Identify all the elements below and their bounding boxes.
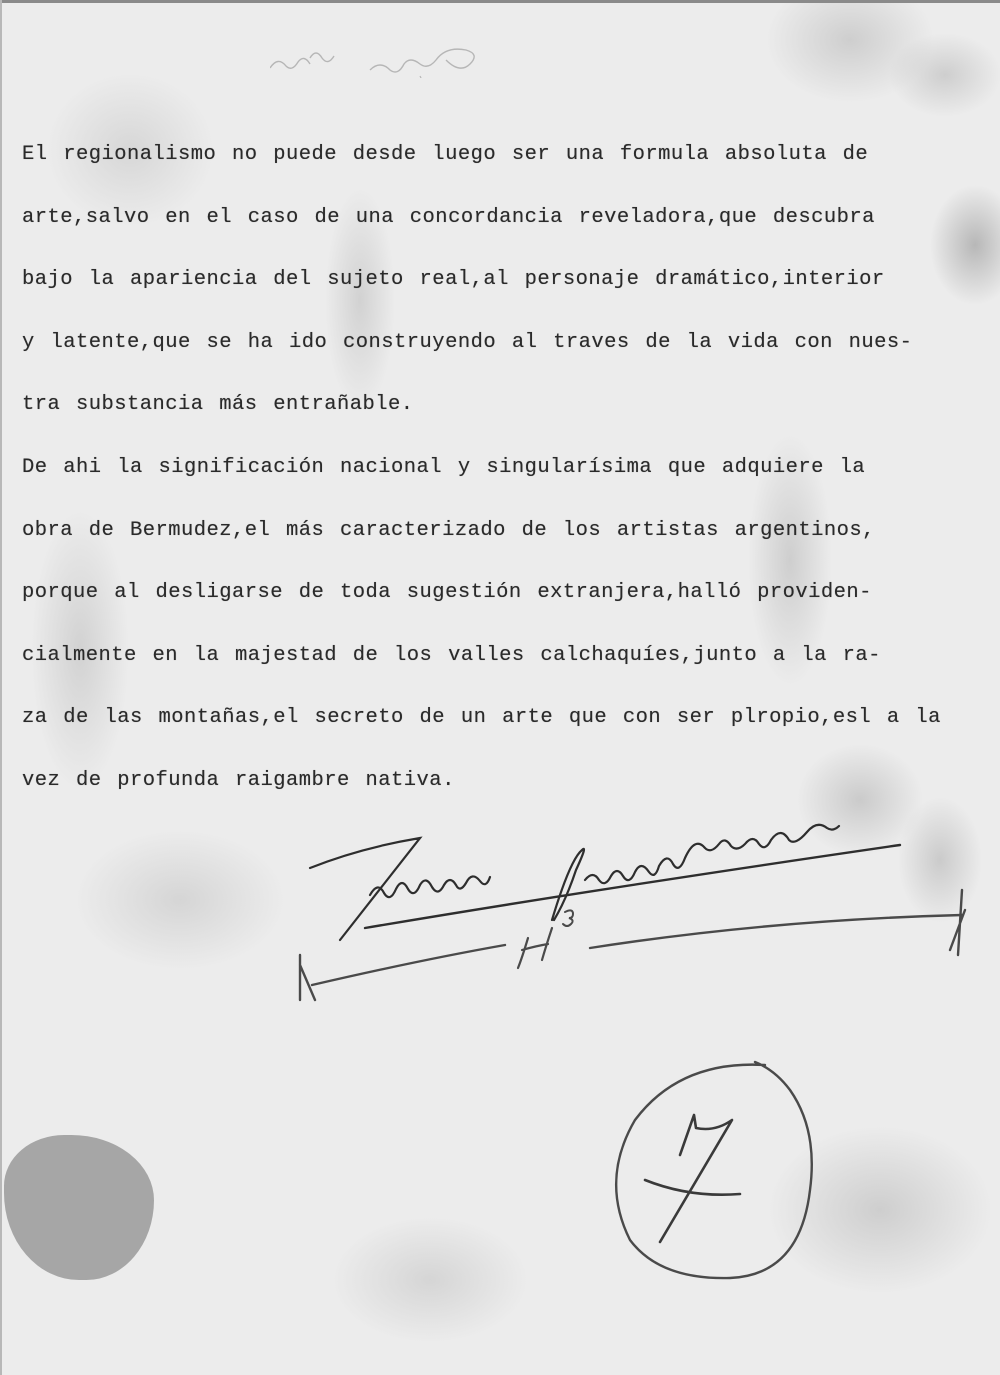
page-left-edge [0,0,2,1375]
text-line: tra substancia más entrañable. [22,387,982,450]
text-line: De ahi la significación nacional y singu… [22,450,982,513]
text-line: bajo la apariencia del sujeto real,al pe… [22,262,982,325]
page-top-edge [0,0,1000,3]
paragraph-1: El regionalismo no puede desde luego ser… [22,137,982,450]
paper-stain [4,1135,154,1280]
text-line: porque al desligarse de toda sugestión e… [22,575,982,638]
signature-and-measure-mark [290,800,990,1030]
circled-page-number [600,1040,860,1280]
text-line: y latente,que se ha ido construyendo al … [22,325,982,388]
typed-body: El regionalismo no puede desde luego ser… [22,137,982,826]
paragraph-2: De ahi la significación nacional y singu… [22,450,982,826]
document-page: El regionalismo no puede desde luego ser… [0,0,1000,1375]
text-line: obra de Bermudez,el más caracterizado de… [22,513,982,576]
text-line: El regionalismo no puede desde luego ser… [22,137,982,200]
faint-handwritten-note [270,28,530,78]
text-line: arte,salvo en el caso de una concordanci… [22,200,982,263]
text-line: za de las montañas,el secreto de un arte… [22,700,982,763]
text-line: cialmente en la majestad de los valles c… [22,638,982,701]
